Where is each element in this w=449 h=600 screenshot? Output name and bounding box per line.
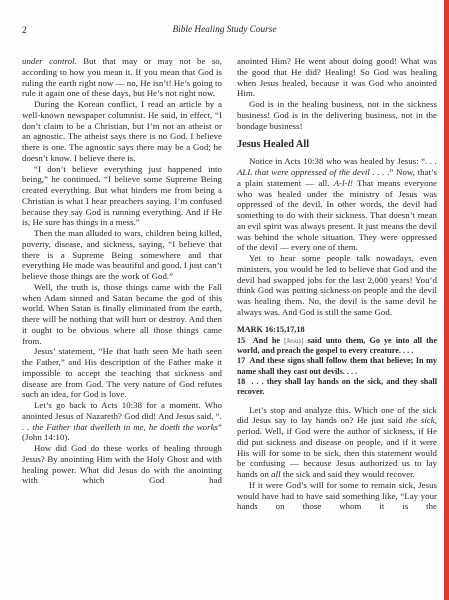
paragraph: How did God do these works of healing th…: [22, 443, 222, 486]
body-text: Notice in Acts 10:38 who was healed by J…: [249, 156, 425, 166]
book-edge-strip: [444, 0, 449, 600]
body-text: How did God do these works of healing th…: [22, 443, 222, 485]
paragraph: under control. But that may or may not b…: [22, 56, 222, 99]
body-text: 15 And he: [237, 336, 284, 345]
bracketed-note: [Jesus]: [284, 337, 303, 345]
paragraph: “I don’t believe everything just happene…: [22, 164, 222, 229]
paragraph: Well, the truth is, those things came wi…: [22, 282, 222, 347]
emphasized-text: under control.: [22, 56, 77, 66]
paragraph: Yet to hear some people talk nowadays, e…: [237, 253, 437, 318]
paragraph: Let’s stop and analyze this. Which one o…: [237, 405, 437, 480]
scripture-verse: 15 And he [Jesus] said unto them, Go ye …: [237, 336, 437, 357]
page-number: 2: [22, 26, 27, 37]
body-text: Let’s go back to Acts 10:38 for a moment…: [22, 400, 222, 421]
paragraph: God is in the healing business, not in t…: [237, 99, 437, 131]
emphasized-text: A-l-l!: [334, 178, 353, 188]
paragraph: Jesus’ statement, “He that hath seen Me …: [22, 346, 222, 400]
body-text: 18 . . . they shall lay hands on the sic…: [237, 377, 437, 396]
body-text: God is in the healing business, not in t…: [237, 99, 437, 131]
running-title: Bible Healing Study Course: [0, 25, 449, 36]
paragraph: During the Korean conflict, I read an ar…: [22, 99, 222, 164]
body-text: 17 And these signs shall follow them tha…: [237, 356, 437, 375]
body-text: the sick and said they would recover.: [281, 469, 415, 479]
scripture-reference: MARK 16:15,17,18: [237, 325, 437, 335]
scripture-verse: 17 And these signs shall follow them tha…: [237, 356, 437, 377]
emphasized-text: all: [271, 469, 280, 479]
scripture-block: MARK 16:15,17,1815 And he [Jesus] said u…: [237, 325, 437, 398]
body-text: Yet to hear some people talk nowadays, e…: [237, 253, 437, 317]
body-text: That means everyone who was healed under…: [237, 178, 437, 253]
body-text: “I don’t believe everything just happene…: [22, 164, 222, 228]
book-page: 2 Bible Healing Study Course under contr…: [0, 0, 449, 600]
left-column: under control. But that may or may not b…: [22, 56, 222, 512]
body-text: Well, the truth is, those things came wi…: [22, 282, 222, 346]
page-header: 2 Bible Healing Study Course: [0, 0, 449, 37]
body-text: If it were God’s will for some to remain…: [237, 480, 437, 512]
text-columns: under control. But that may or may not b…: [0, 37, 449, 512]
paragraph: anointed Him? He went about doing good! …: [237, 56, 437, 99]
body-text: Then the man alluded to wars, children b…: [22, 228, 222, 281]
paragraph: Notice in Acts 10:38 who was healed by J…: [237, 156, 437, 253]
body-text: During the Korean conflict, I read an ar…: [22, 99, 222, 163]
section-heading: Jesus Healed All: [237, 139, 437, 151]
body-text: anointed Him? He went about doing good! …: [237, 56, 437, 98]
paragraph: Then the man alluded to wars, children b…: [22, 228, 222, 282]
body-text: Jesus’ statement, “He that hath seen Me …: [22, 346, 222, 399]
paragraph: Let’s go back to Acts 10:38 for a moment…: [22, 400, 222, 443]
scripture-verse: 18 . . . they shall lay hands on the sic…: [237, 377, 437, 398]
paragraph: If it were God’s will for some to remain…: [237, 480, 437, 512]
emphasized-text: the sick: [406, 415, 435, 425]
right-column: anointed Him? He went about doing good! …: [237, 56, 437, 512]
